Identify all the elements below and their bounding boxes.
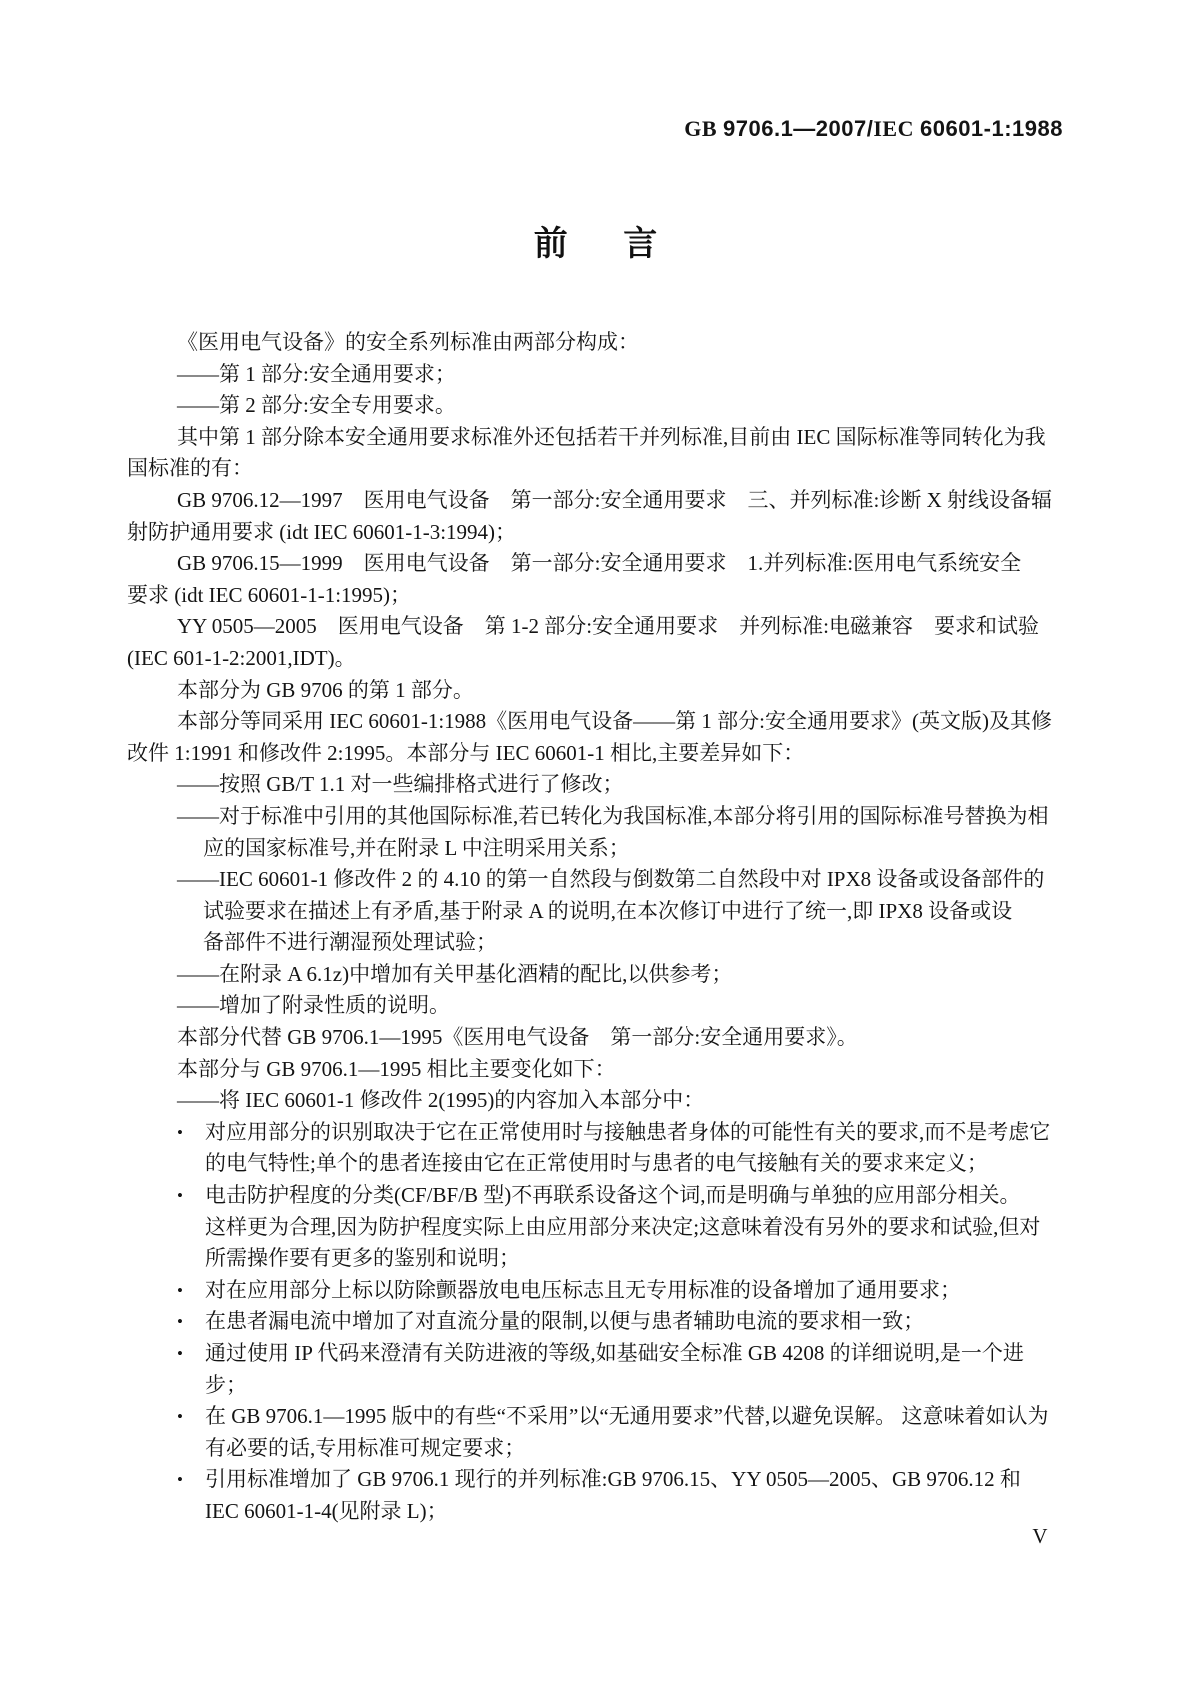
text-line-content: ——将 IEC 60601-1 修改件 2(1995)的内容加入本部分中： xyxy=(177,1088,704,1112)
header-gb-prefix: GB xyxy=(684,116,723,141)
text-line: •在 GB 9706.1—1995 版中的有些“不采用”以“无通用要求”代替,以… xyxy=(177,1401,1063,1433)
text-line: 《医用电气设备》的安全系列标准由两部分构成： xyxy=(177,327,1063,359)
text-line: 这样更为合理,因为防护程度实际上由应用部分来决定;这意味着没有另外的要求和试验,… xyxy=(205,1212,1063,1244)
text-line-content: 改件 1:1991 和修改件 2:1995。本部分与 IEC 60601-1 相… xyxy=(127,741,804,765)
text-line: 备部件不进行潮湿预处理试验； xyxy=(203,927,1063,959)
text-line-content: 在患者漏电流中增加了对直流分量的限制,以便与患者辅助电流的要求相一致； xyxy=(205,1309,924,1333)
text-line-content: ——增加了附录性质的说明。 xyxy=(177,993,450,1017)
text-line-content: 步； xyxy=(205,1373,247,1397)
text-line: 应的国家标准号,并在附录 L 中注明采用关系； xyxy=(203,833,1063,865)
document-body: 《医用电气设备》的安全系列标准由两部分构成：——第 1 部分:安全通用要求；——… xyxy=(127,327,1063,1528)
text-line-content: GB 9706.12—1997 医用电气设备 第一部分:安全通用要求 三、并列标… xyxy=(177,488,1052,512)
document-page: GB 9706.1—2007/IEC 60601-1:1988 前 言 《医用电… xyxy=(0,0,1191,1684)
text-line-content: 引用标准增加了 GB 9706.1 现行的并列标准:GB 9706.15、YY … xyxy=(205,1467,1021,1491)
text-line: 要求 (idt IEC 60601-1-1:1995)； xyxy=(127,580,1063,612)
bullet-icon: • xyxy=(177,1275,205,1307)
text-line-content: 本部分与 GB 9706.1—1995 相比主要变化如下： xyxy=(177,1057,616,1081)
text-line-content: 要求 (idt IEC 60601-1-1:1995)； xyxy=(127,583,411,607)
bullet-icon: • xyxy=(177,1401,205,1433)
page-number: V xyxy=(1020,1524,1060,1549)
text-line-content: ——第 2 部分:安全专用要求。 xyxy=(177,393,456,417)
text-line: ——IEC 60601-1 修改件 2 的 4.10 的第一自然段与倒数第二自然… xyxy=(177,864,1063,896)
text-line-content: 有必要的话,专用标准可规定要求； xyxy=(205,1436,525,1460)
text-line: 国标准的有： xyxy=(127,453,1063,485)
text-line: ——第 1 部分:安全通用要求； xyxy=(177,359,1063,391)
text-line: YY 0505—2005 医用电气设备 第 1-2 部分:安全通用要求 并列标准… xyxy=(177,611,1063,643)
text-line: IEC 60601-1-4(见附录 L)； xyxy=(205,1496,1063,1528)
text-line: 本部分与 GB 9706.1—1995 相比主要变化如下： xyxy=(177,1054,1063,1086)
text-line-content: 的电气特性;单个的患者连接由它在正常使用时与患者的电气接触有关的要求来定义； xyxy=(205,1151,988,1175)
text-line: GB 9706.12—1997 医用电气设备 第一部分:安全通用要求 三、并列标… xyxy=(177,485,1063,517)
text-line: ——在附录 A 6.1z)中增加有关甲基化酒精的配比,以供参考； xyxy=(177,959,1063,991)
text-line: •对在应用部分上标以防除颤器放电电压标志且无专用标准的设备增加了通用要求； xyxy=(177,1275,1063,1307)
text-line-content: ——第 1 部分:安全通用要求； xyxy=(177,362,456,386)
bullet-icon: • xyxy=(177,1306,205,1338)
text-line: •在患者漏电流中增加了对直流分量的限制,以便与患者辅助电流的要求相一致； xyxy=(177,1306,1063,1338)
text-line: 步； xyxy=(205,1370,1063,1402)
text-line: 本部分为 GB 9706 的第 1 部分。 xyxy=(177,675,1063,707)
text-line-content: 本部分等同采用 IEC 60601-1:1988《医用电气设备——第 1 部分:… xyxy=(177,709,1052,733)
text-line: 本部分等同采用 IEC 60601-1:1988《医用电气设备——第 1 部分:… xyxy=(177,706,1063,738)
bullet-icon: • xyxy=(177,1180,205,1212)
bullet-icon: • xyxy=(177,1338,205,1370)
text-line-content: ——在附录 A 6.1z)中增加有关甲基化酒精的配比,以供参考； xyxy=(177,962,732,986)
text-line-content: 备部件不进行潮湿预处理试验； xyxy=(203,930,497,954)
text-line-content: ——IEC 60601-1 修改件 2 的 4.10 的第一自然段与倒数第二自然… xyxy=(177,867,1044,891)
text-line: •电击防护程度的分类(CF/BF/B 型)不再联系设备这个词,而是明确与单独的应… xyxy=(177,1180,1063,1212)
text-line: ——增加了附录性质的说明。 xyxy=(177,990,1063,1022)
text-line-content: 应的国家标准号,并在附录 L 中注明采用关系； xyxy=(203,836,630,860)
bullet-icon: • xyxy=(177,1117,205,1149)
text-line-content: (IEC 601-1-2:2001,IDT)。 xyxy=(127,646,356,670)
running-header-standard-number: GB 9706.1—2007/IEC 60601-1:1988 xyxy=(127,116,1063,142)
text-line: 射防护通用要求 (idt IEC 60601-1-3:1994)； xyxy=(127,517,1063,549)
text-line-content: 这样更为合理,因为防护程度实际上由应用部分来决定;这意味着没有另外的要求和试验,… xyxy=(205,1215,1040,1239)
text-line: 其中第 1 部分除本安全通用要求标准外还包括若干并列标准,目前由 IEC 国际标… xyxy=(177,422,1063,454)
text-line-content: YY 0505—2005 医用电气设备 第 1-2 部分:安全通用要求 并列标准… xyxy=(177,614,1039,638)
text-line: GB 9706.15—1999 医用电气设备 第一部分:安全通用要求 1.并列标… xyxy=(177,548,1063,580)
text-line: 所需操作要有更多的鉴别和说明； xyxy=(205,1243,1063,1275)
text-line-content: 射防护通用要求 (idt IEC 60601-1-3:1994)； xyxy=(127,520,516,544)
text-line: 本部分代替 GB 9706.1—1995《医用电气设备 第一部分:安全通用要求》… xyxy=(177,1022,1063,1054)
text-line-content: ——对于标准中引用的其他国际标准,若已转化为我国标准,本部分将引用的国际标准号替… xyxy=(177,804,1049,828)
text-line-content: 在 GB 9706.1—1995 版中的有些“不采用”以“无通用要求”代替,以避… xyxy=(205,1404,1048,1428)
text-line-content: 本部分为 GB 9706 的第 1 部分。 xyxy=(177,678,474,702)
text-line-content: 试验要求在描述上有矛盾,基于附录 A 的说明,在本次修订中进行了统一,即 IPX… xyxy=(203,899,1012,923)
text-line: 改件 1:1991 和修改件 2:1995。本部分与 IEC 60601-1 相… xyxy=(127,738,1063,770)
text-line-content: 其中第 1 部分除本安全通用要求标准外还包括若干并列标准,目前由 IEC 国际标… xyxy=(177,425,1046,449)
text-line: ——第 2 部分:安全专用要求。 xyxy=(177,390,1063,422)
text-line: ——对于标准中引用的其他国际标准,若已转化为我国标准,本部分将引用的国际标准号替… xyxy=(177,801,1063,833)
text-line-content: 电击防护程度的分类(CF/BF/B 型)不再联系设备这个词,而是明确与单独的应用… xyxy=(205,1183,1021,1207)
header-gb-number: 9706.1—2007/ xyxy=(723,116,873,141)
text-line-content: 对应用部分的识别取决于它在正常使用时与接触患者身体的可能性有关的要求,而不是考虑… xyxy=(205,1120,1050,1144)
text-line: 有必要的话,专用标准可规定要求； xyxy=(205,1433,1063,1465)
text-line: 的电气特性;单个的患者连接由它在正常使用时与患者的电气接触有关的要求来定义； xyxy=(205,1148,1063,1180)
text-line: •引用标准增加了 GB 9706.1 现行的并列标准:GB 9706.15、YY… xyxy=(177,1464,1063,1496)
text-line-content: IEC 60601-1-4(见附录 L)； xyxy=(205,1499,448,1523)
header-iec-number: 60601-1:1988 xyxy=(920,116,1063,141)
text-line: 试验要求在描述上有矛盾,基于附录 A 的说明,在本次修订中进行了统一,即 IPX… xyxy=(203,896,1063,928)
bullet-icon: • xyxy=(177,1464,205,1496)
text-line: •通过使用 IP 代码来澄清有关防进液的等级,如基础安全标准 GB 4208 的… xyxy=(177,1338,1063,1370)
text-line-content: 所需操作要有更多的鉴别和说明； xyxy=(205,1246,520,1270)
text-line-content: 《医用电气设备》的安全系列标准由两部分构成： xyxy=(177,330,639,354)
page-title: 前 言 xyxy=(0,216,1191,265)
text-line-content: 国标准的有： xyxy=(127,456,253,480)
text-line-content: 通过使用 IP 代码来澄清有关防进液的等级,如基础安全标准 GB 4208 的详… xyxy=(205,1341,1024,1365)
text-line: •对应用部分的识别取决于它在正常使用时与接触患者身体的可能性有关的要求,而不是考… xyxy=(177,1117,1063,1149)
text-line: ——将 IEC 60601-1 修改件 2(1995)的内容加入本部分中： xyxy=(177,1085,1063,1117)
text-line-content: 本部分代替 GB 9706.1—1995《医用电气设备 第一部分:安全通用要求》… xyxy=(177,1025,858,1049)
text-line-content: ——按照 GB/T 1.1 对一些编排格式进行了修改； xyxy=(177,772,623,796)
header-iec-prefix: IEC xyxy=(873,116,920,141)
text-line: (IEC 601-1-2:2001,IDT)。 xyxy=(127,643,1063,675)
text-line-content: GB 9706.15—1999 医用电气设备 第一部分:安全通用要求 1.并列标… xyxy=(177,551,1021,575)
text-line: ——按照 GB/T 1.1 对一些编排格式进行了修改； xyxy=(177,769,1063,801)
text-line-content: 对在应用部分上标以防除颤器放电电压标志且无专用标准的设备增加了通用要求； xyxy=(205,1278,961,1302)
